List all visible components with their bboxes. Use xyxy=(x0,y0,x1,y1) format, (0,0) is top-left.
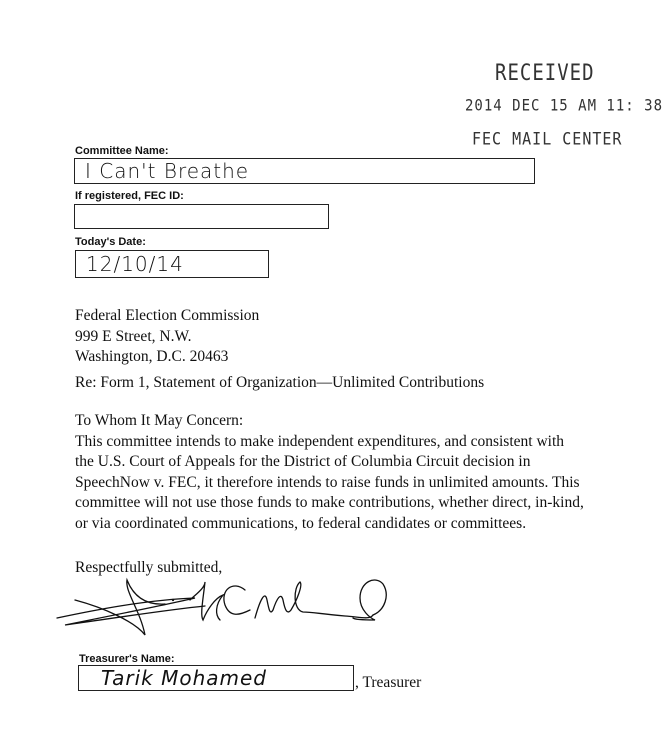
date-value: 12/10/14 xyxy=(86,252,184,276)
date-field[interactable]: 12/10/14 xyxy=(75,250,269,278)
committee-name-field[interactable]: I Can't Breathe xyxy=(74,158,535,184)
committee-name-label: Committee Name: xyxy=(75,145,169,157)
treasurer-title: , Treasurer xyxy=(355,673,421,694)
received-stamp-datetime: 2014 DEC 15 AM 11: 38 xyxy=(465,97,663,115)
received-stamp-office: FEC MAIL CENTER xyxy=(472,129,622,150)
recipient-address: Federal Election Commission 999 E Street… xyxy=(75,306,259,368)
fec-id-label: If registered, FEC ID: xyxy=(75,190,184,202)
body-line-4: committee will not use those funds to ma… xyxy=(75,493,635,514)
salutation: To Whom It May Concern: xyxy=(75,411,635,432)
address-line-1: Federal Election Commission xyxy=(75,306,259,327)
date-label: Today's Date: xyxy=(75,236,146,248)
letter-body: To Whom It May Concern: This committee i… xyxy=(75,411,635,534)
body-line-1: This committee intends to make independe… xyxy=(75,432,635,453)
treasurer-name-field[interactable]: Tarik Mohamed xyxy=(78,665,354,691)
fec-id-field[interactable] xyxy=(74,204,329,229)
address-line-3: Washington, D.C. 20463 xyxy=(75,347,259,368)
received-stamp-title: RECEIVED xyxy=(495,60,595,85)
body-line-3: SpeechNow v. FEC, it therefore intends t… xyxy=(75,473,635,494)
body-line-5: or via coordinated communications, to fe… xyxy=(75,514,635,535)
treasurer-name-label: Treasurer's Name: xyxy=(79,653,175,665)
signature-icon xyxy=(55,570,415,645)
treasurer-name-value: Tarik Mohamed xyxy=(101,666,267,690)
subject-line: Re: Form 1, Statement of Organization—Un… xyxy=(75,373,484,394)
body-line-2: the U.S. Court of Appeals for the Distri… xyxy=(75,452,635,473)
committee-name-value: I Can't Breathe xyxy=(85,159,249,183)
address-line-2: 999 E Street, N.W. xyxy=(75,327,259,348)
